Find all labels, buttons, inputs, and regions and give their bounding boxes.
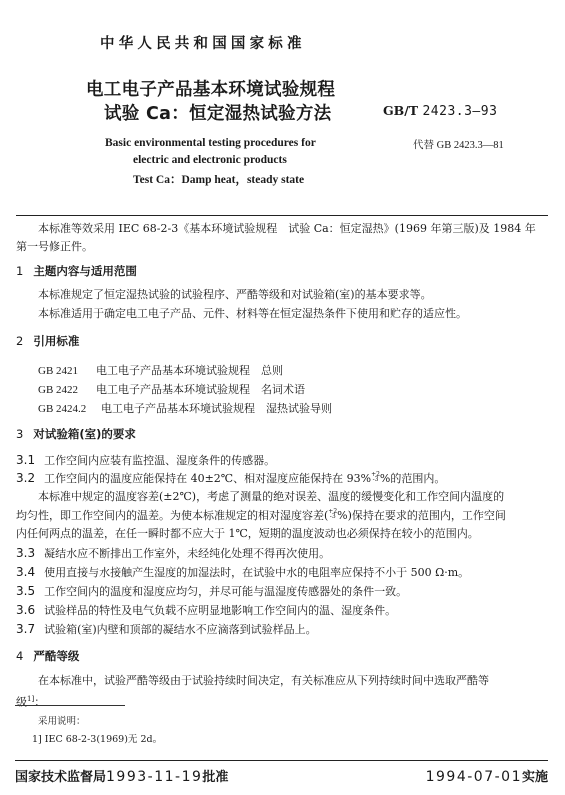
clause-text: 凝结水应不断排出工作室外，未经纯化处理不得再次使用。: [44, 547, 330, 560]
issuer: 国家技术监督局: [15, 770, 106, 785]
section-4-heading: 4严酷等级: [16, 648, 79, 664]
reference-item: GB 2422电工电子产品基本环境试验规程 名词术语: [38, 381, 305, 397]
clause-number: 3.1: [16, 453, 35, 467]
section-1-para-2: 本标准适用于确定电工电子产品、元件、材料等在恒定湿热条件下使用和贮存的适应性。: [38, 305, 467, 323]
note-para-line1: 本标准中规定的温度容差(±2℃)，考虑了测量的绝对误差、温度的缓慢变化和工作空间…: [38, 488, 504, 506]
national-standard-label: 中华人民共和国国家标准: [100, 32, 306, 53]
title-chinese-line2: 试验 Ca：恒定湿热试验方法: [104, 100, 331, 125]
footnote-label: 采用说明：: [38, 713, 86, 727]
note-text: 均匀性，即工作空间内的温差。为使本标准规定的相对湿度容差(: [16, 509, 328, 522]
clause-number: 3.2: [16, 471, 35, 485]
title-english-line3: Test Ca：Damp heat，steady state: [133, 171, 304, 187]
effective-date: 1994-07-01: [426, 769, 522, 785]
note-text-end: %)保持在要求的范围内，工作空间: [337, 509, 506, 522]
reference-code: GB 2422: [38, 384, 96, 396]
effective-info: 1994-07-01实施: [426, 766, 548, 785]
clause-number: 3.4: [16, 565, 35, 579]
clause-3-2: 3.2工作空间内的温度应能保持在 40±2℃、相对湿度应能保持在 93%+2-3…: [16, 469, 445, 488]
clause-3-6: 3.6试验样品的特性及电气负载不应明显地影响工作空间内的温、湿度条件。: [16, 601, 396, 620]
reference-item: GB 2421电工电子产品基本环境试验规程 总则: [38, 362, 283, 378]
replaces-note: 代替 GB 2423.3—81: [413, 137, 504, 152]
approval-label: 批准: [202, 770, 228, 785]
clause-text: 工作空间内的温度和湿度应均匀，并尽可能与温湿度传感器处的条件一致。: [44, 585, 407, 598]
clause-number: 3.7: [16, 622, 35, 636]
section-title: 引用标准: [33, 334, 79, 348]
clause-number: 3.6: [16, 603, 35, 617]
clause-number: 3.5: [16, 584, 35, 598]
intro-line2: 第一号修正件。: [16, 238, 93, 256]
section-1-heading: 1主题内容与适用范围: [16, 263, 137, 279]
footnote-divider: [15, 705, 125, 706]
humidity-tolerance: +2-3: [371, 472, 380, 482]
clause-text: 试验箱(室)内壁和顶部的凝结水不应滴落到试验样品上。: [44, 623, 317, 636]
clause-3-3: 3.3凝结水应不断排出工作室外，未经纯化处理不得再次使用。: [16, 544, 330, 563]
section-number: 3: [16, 427, 23, 441]
reference-title: 电工电子产品基本环境试验规程 名词术语: [96, 383, 305, 396]
title-english-line1: Basic environmental testing procedures f…: [105, 137, 316, 149]
reference-title: 电工电子产品基本环境试验规程 湿热试验导则: [101, 402, 332, 415]
header-divider: [16, 215, 548, 216]
note-para-line2: 均匀性，即工作空间内的温差。为使本标准规定的相对湿度容差(+2-3%)保持在要求…: [16, 507, 506, 525]
section-3-heading: 3对试验箱(室)的要求: [16, 426, 136, 442]
section-number: 1: [16, 264, 23, 278]
section-number: 4: [16, 649, 23, 663]
section-number: 2: [16, 334, 23, 348]
clause-3-4: 3.4使用直接与水接触产生湿度的加湿法时，在试验中水的电阻率应保持不小于 500…: [16, 563, 469, 582]
section-4-text-end: ：: [34, 696, 45, 709]
reference-code: GB 2421: [38, 365, 96, 377]
clause-text-end: %的范围内。: [380, 472, 445, 485]
reference-title: 电工电子产品基本环境试验规程 总则: [96, 364, 283, 377]
section-2-heading: 2引用标准: [16, 333, 79, 349]
clause-text: 工作空间内的温度应能保持在 40±2℃、相对湿度应能保持在 93%: [44, 472, 371, 485]
reference-code: GB 2424.2: [38, 403, 101, 415]
intro-line1: 本标准等效采用 IEC 68-2-3《基本环境试验规程 试验 Ca：恒定湿热》(…: [38, 220, 536, 238]
standard-prefix: GB/T: [383, 103, 418, 118]
clause-3-5: 3.5工作空间内的温度和湿度应均匀，并尽可能与温湿度传感器处的条件一致。: [16, 582, 407, 601]
clause-3-1: 3.1工作空间内应装有监控温、湿度条件的传感器。: [16, 451, 275, 470]
title-english-line2: electric and electronic products: [133, 154, 287, 166]
footer-divider: [15, 760, 548, 761]
effective-label: 实施: [522, 770, 548, 785]
clause-number: 3.3: [16, 546, 35, 560]
standard-number-value: 2423.3—93: [422, 104, 497, 119]
approval-date: 1993-11-19: [106, 769, 202, 785]
section-1-para-1: 本标准规定了恒定湿热试验的试验程序、严酷等级和对试验箱(室)的基本要求等。: [38, 286, 432, 304]
section-4-line2: 级1]：: [16, 690, 45, 712]
section-4-text: 级: [16, 696, 27, 709]
humidity-tolerance: +2-3: [328, 509, 337, 519]
section-title: 对试验箱(室)的要求: [33, 427, 136, 441]
clause-text: 试验样品的特性及电气负载不应明显地影响工作空间内的温、湿度条件。: [44, 604, 396, 617]
section-title: 主题内容与适用范围: [33, 264, 137, 278]
footnote-text: 1] IEC 68-2-3(1969)无 2d。: [32, 731, 162, 745]
clause-text: 工作空间内应装有监控温、湿度条件的传感器。: [44, 454, 275, 467]
approval-info: 国家技术监督局1993-11-19批准: [15, 766, 228, 785]
standard-number: GB/T 2423.3—93: [383, 103, 497, 119]
section-title: 严酷等级: [33, 649, 79, 663]
section-4-line1: 在本标准中，试验严酷等级由于试验持续时间决定，有关标准应从下列持续时间中选取严酷…: [38, 672, 489, 690]
reference-item: GB 2424.2电工电子产品基本环境试验规程 湿热试验导则: [38, 400, 332, 416]
clause-text: 使用直接与水接触产生湿度的加湿法时，在试验中水的电阻率应保持不小于 500 Ω·…: [44, 566, 469, 579]
tolerance-minus: -3: [328, 514, 337, 519]
note-para-line3: 内任何两点的温差，在任一瞬时都不应大于 1℃，短期的温度波动也必须保持在较小的范…: [16, 525, 479, 543]
title-chinese-line1: 电工电子产品基本环境试验规程: [86, 76, 335, 101]
clause-3-7: 3.7试验箱(室)内壁和顶部的凝结水不应滴落到试验样品上。: [16, 620, 317, 639]
